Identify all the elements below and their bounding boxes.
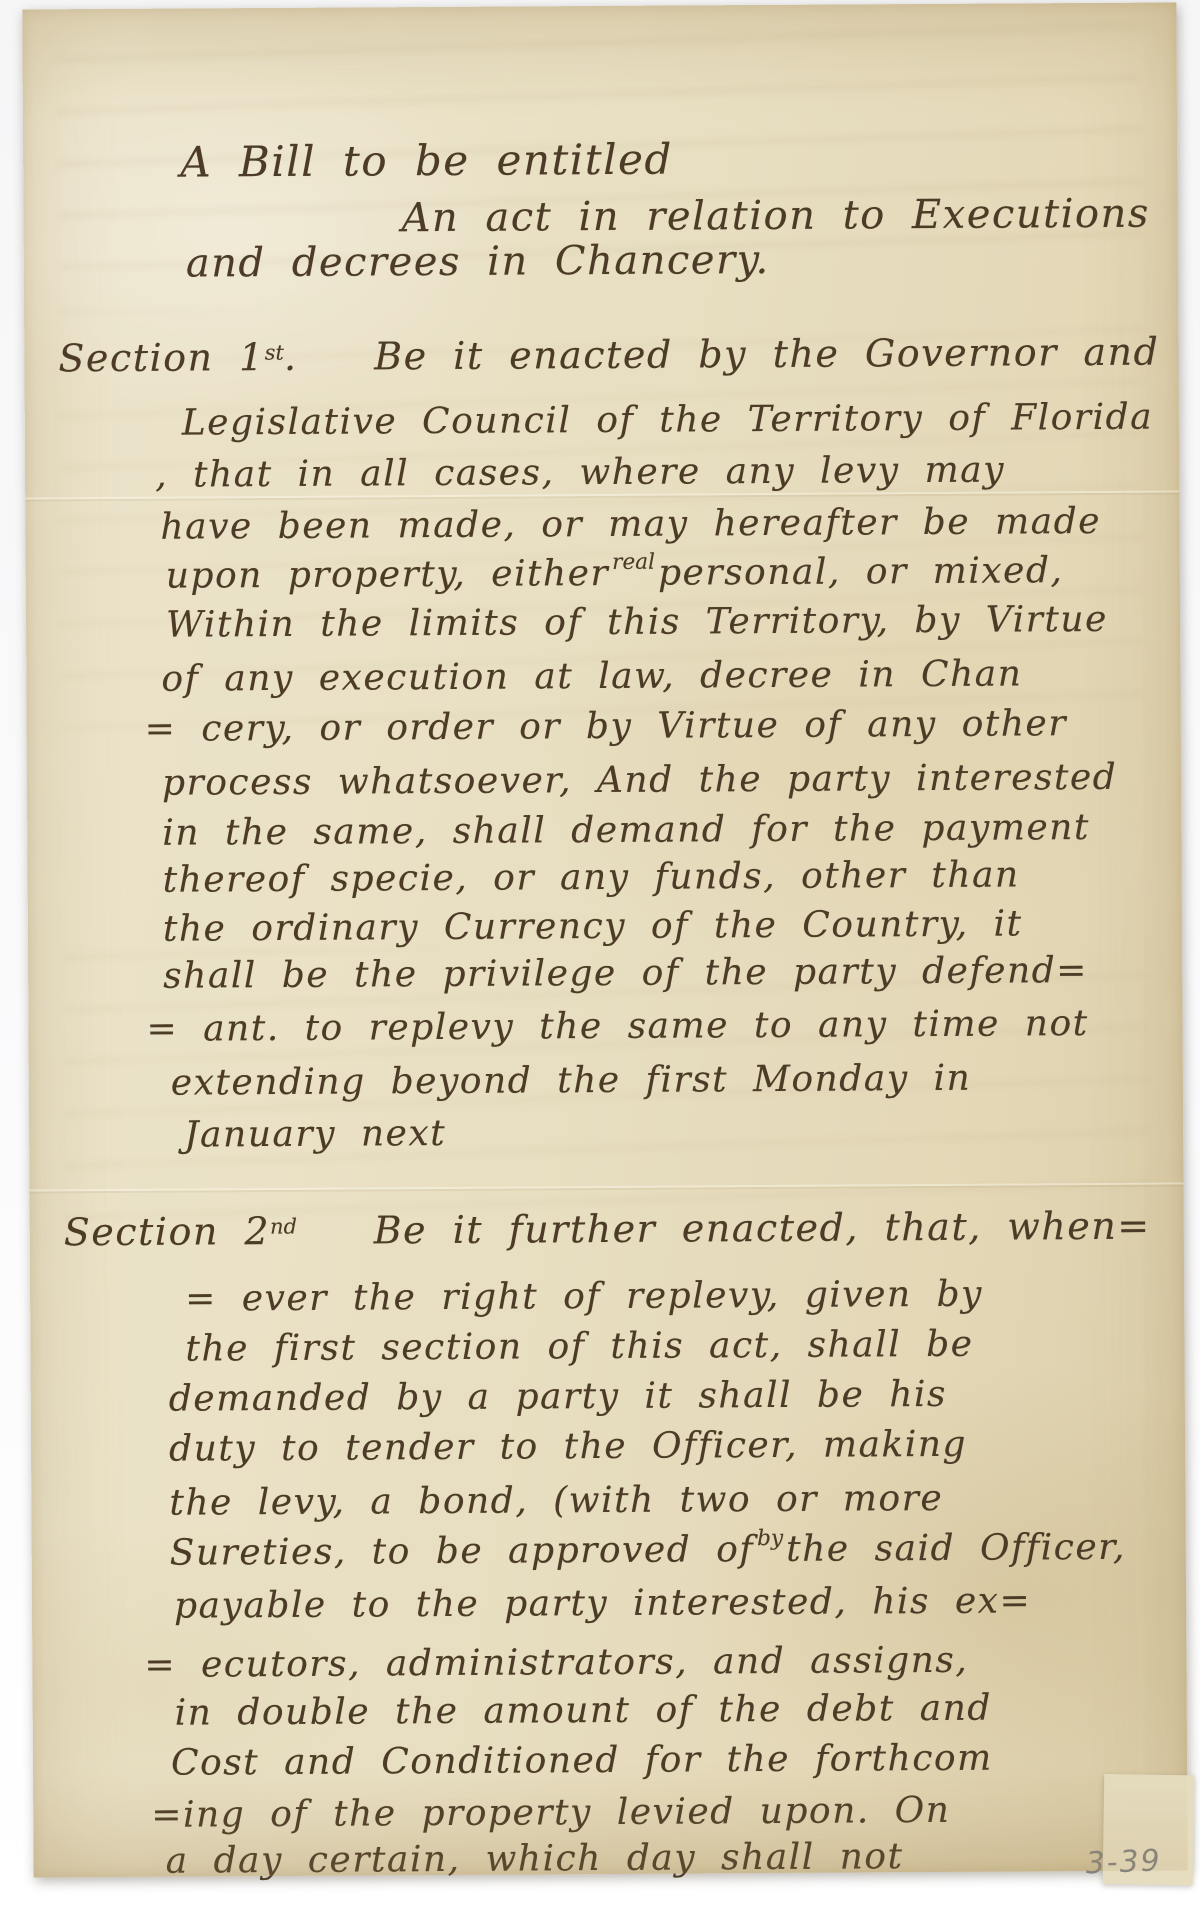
manuscript-line-section-1: extending beyond the first Monday in — [171, 1058, 972, 1104]
manuscript-line-section-1: January next — [184, 1113, 446, 1156]
handwritten-text: in the same, shall demand for the paymen… — [162, 807, 1090, 854]
manuscript-line-title: and decrees in Chancery. — [186, 237, 770, 287]
manuscript-line-section-1: the ordinary Currency of the Country, it — [163, 903, 1023, 950]
handwritten-text: January next — [184, 1113, 446, 1156]
handwritten-text: Sureties, to be approved of — [170, 1529, 755, 1574]
handwritten-text: = ever the right of replevy, given by — [185, 1274, 983, 1320]
handwritten-text: Section 1 — [58, 335, 265, 380]
manuscript-line-section-1: shall be the privilege of the party defe… — [163, 950, 1088, 997]
handwritten-text: thereof specie, or any funds, other than — [163, 854, 1020, 900]
handwritten-text: process whatsoever, And the party intere… — [162, 757, 1117, 804]
handwritten-text: , that in all cases, where any levy may — [155, 450, 1005, 496]
handwritten-text: =ing of the property levied upon. On — [151, 1790, 950, 1836]
manuscript-line-title: An act in relation to Executions — [401, 191, 1150, 242]
manuscript-page: A Bill to be entitledAn act in relation … — [22, 2, 1187, 1877]
manuscript-line-section-1: Legislative Council of the Territory of … — [182, 397, 1154, 444]
manuscript-line-section-2: Section 2nd Be it further enacted, that,… — [64, 1205, 1151, 1255]
manuscript-line-section-2: =ing of the property levied upon. On — [151, 1790, 950, 1836]
manuscript-line-section-2: the levy, a bond, (with two or more — [169, 1478, 943, 1524]
interlinear-insertion: by — [757, 1527, 783, 1552]
handwritten-text: A Bill to be entitled — [180, 135, 673, 187]
handwritten-text: the ordinary Currency of the Country, it — [163, 903, 1023, 949]
manuscript-line-section-1: have been made, or may hereafter be made — [160, 501, 1101, 548]
page-number-pencil: 3-39 — [1085, 1843, 1162, 1881]
interlinear-insertion: real — [612, 551, 655, 576]
handwritten-text: An act in relation to Executions — [401, 191, 1150, 242]
handwritten-text: duty to tender to the Officer, making — [169, 1424, 967, 1470]
manuscript-line-section-1: = ant. to replevy the same to any time n… — [146, 1003, 1088, 1050]
manuscript-line-section-1: Section 1st. Be it enacted by the Govern… — [58, 331, 1159, 381]
manuscript-line-title: A Bill to be entitled — [180, 136, 673, 187]
manuscript-line-section-2: duty to tender to the Officer, making — [169, 1424, 967, 1470]
manuscript-line-section-1: of any execution at law, decree in Chan — [161, 653, 1022, 700]
handwritten-text: Legislative Council of the Territory of … — [182, 397, 1154, 444]
handwritten-text: in double the amount of the debt and — [175, 1688, 992, 1734]
ordinal-superscript: nd — [270, 1214, 297, 1238]
manuscript-line-section-2: the first section of this act, shall be — [185, 1324, 973, 1370]
manuscript-line-section-2: payable to the party interested, his ex= — [174, 1580, 1031, 1627]
handwritten-text: the first section of this act, shall be — [185, 1324, 973, 1370]
handwritten-text: and decrees in Chancery. — [186, 237, 770, 287]
scan-background: { "page": { "kind": "handwritten manuscr… — [0, 0, 1200, 1913]
manuscript-line-section-2: a day certain, which day shall not — [165, 1836, 903, 1882]
manuscript-line-section-1: = cery, or order or by Virtue of any oth… — [145, 703, 1068, 750]
handwritten-text: = ant. to replevy the same to any time n… — [146, 1003, 1088, 1050]
handwritten-text: = ecutors, administrators, and assigns, — [144, 1640, 968, 1686]
manuscript-line-section-1: , that in all cases, where any levy may — [155, 450, 1005, 497]
handwritten-text: Be it further enacted, that, when= — [297, 1204, 1151, 1253]
handwritten-text: Within the limits of this Territory, by … — [166, 599, 1108, 646]
manuscript-line-section-1: in the same, shall demand for the paymen… — [162, 807, 1090, 854]
handwritten-text: shall be the privilege of the party defe… — [163, 950, 1088, 997]
handwritten-text: upon property, either — [166, 553, 610, 597]
handwritten-text: payable to the party interested, his ex= — [174, 1580, 1031, 1626]
manuscript-line-section-2: = ever the right of replevy, given by — [185, 1274, 983, 1320]
manuscript-line-section-2: in double the amount of the debt and — [175, 1688, 992, 1734]
handwritten-text: extending beyond the first Monday in — [171, 1058, 972, 1104]
ordinal-superscript: st — [265, 341, 284, 365]
manuscript-line-section-1: upon property, eitherrealpersonal, or mi… — [166, 550, 1064, 597]
manuscript-line-section-1: process whatsoever, And the party intere… — [162, 757, 1118, 804]
handwritten-text: Section 2 — [64, 1209, 271, 1254]
manuscript-line-section-2: Sureties, to be approved ofbythe said Of… — [170, 1527, 1126, 1574]
manuscript-line-section-2: demanded by a party it shall be his — [169, 1374, 947, 1420]
handwritten-text: a day certain, which day shall not — [165, 1836, 903, 1882]
handwritten-text: = cery, or order or by Virtue of any oth… — [145, 703, 1068, 750]
manuscript-line-section-2: Cost and Conditioned for the forthcom — [171, 1738, 993, 1784]
handwritten-text: personal, or mixed, — [658, 550, 1064, 593]
handwritten-text: the levy, a bond, (with two or more — [169, 1478, 943, 1524]
handwritten-text: have been made, or may hereafter be made — [160, 501, 1101, 548]
handwritten-text: . Be it enacted by the Governor and — [284, 330, 1160, 379]
handwritten-text: the said Officer, — [786, 1527, 1126, 1570]
handwritten-text: Cost and Conditioned for the forthcom — [171, 1738, 993, 1784]
manuscript-line-section-2: = ecutors, administrators, and assigns, — [144, 1640, 968, 1686]
handwritten-text: demanded by a party it shall be his — [169, 1374, 947, 1420]
manuscript-line-section-1: Within the limits of this Territory, by … — [166, 599, 1108, 646]
manuscript-line-section-1: thereof specie, or any funds, other than — [163, 854, 1020, 901]
handwritten-text-layer: A Bill to be entitledAn act in relation … — [22, 2, 1187, 1877]
handwritten-text: of any execution at law, decree in Chan — [161, 653, 1022, 699]
